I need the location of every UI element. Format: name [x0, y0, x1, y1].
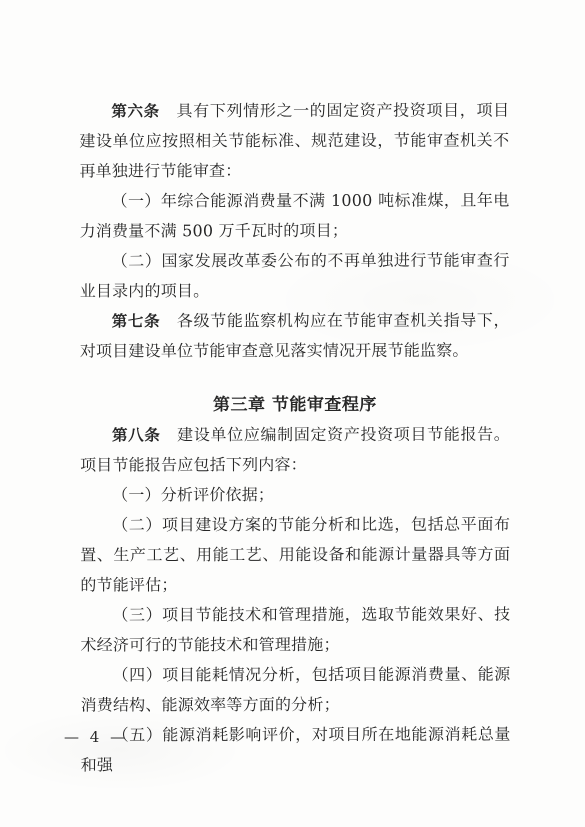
paragraph: （五）能源消耗影响评价，对项目所在地能源消耗总量和强: [81, 720, 511, 781]
document-body: 第六条 具有下列情形之一的固定资产投资项目，项目建设单位应按照相关节能标准、规范…: [79, 96, 510, 781]
article-paragraph: 第八条 建设单位应编制固定资产投资项目节能报告。项目节能报告应包括下列内容：: [80, 420, 510, 481]
paragraph: （一）年综合能源消费量不满 1000 吨标准煤，且年电力消费量不满 500 万千…: [79, 186, 509, 247]
chapter-heading: 第三章 节能审查程序: [80, 390, 510, 421]
paragraph: （一）分析评价依据；: [80, 480, 510, 511]
paragraph: （二）国家发展改革委公布的不再单独进行节能审查行业目录内的项目。: [80, 246, 510, 307]
article-number: 第七条: [112, 312, 161, 330]
article-number: 第八条: [112, 426, 161, 444]
document-page: 第六条 具有下列情形之一的固定资产投资项目，项目建设单位应按照相关节能标准、规范…: [0, 0, 585, 827]
article-paragraph: 第七条 各级节能监察机构应在节能审查机关指导下，对项目建设单位节能审查意见落实情…: [80, 306, 510, 367]
page-number: — 4 —: [64, 726, 128, 748]
paragraph: （二）项目建设方案的节能分析和比选，包括总平面布置、生产工艺、用能工艺、用能设备…: [80, 510, 510, 601]
paragraph: （四）项目能耗情况分析，包括项目能源消费量、能源消费结构、能源效率等方面的分析；: [80, 660, 510, 721]
article-number: 第六条: [111, 102, 160, 120]
paragraph: （三）项目节能技术和管理措施，选取节能效果好、技术经济可行的节能技术和管理措施；: [80, 600, 510, 661]
article-paragraph: 第六条 具有下列情形之一的固定资产投资项目，项目建设单位应按照相关节能标准、规范…: [79, 96, 509, 187]
